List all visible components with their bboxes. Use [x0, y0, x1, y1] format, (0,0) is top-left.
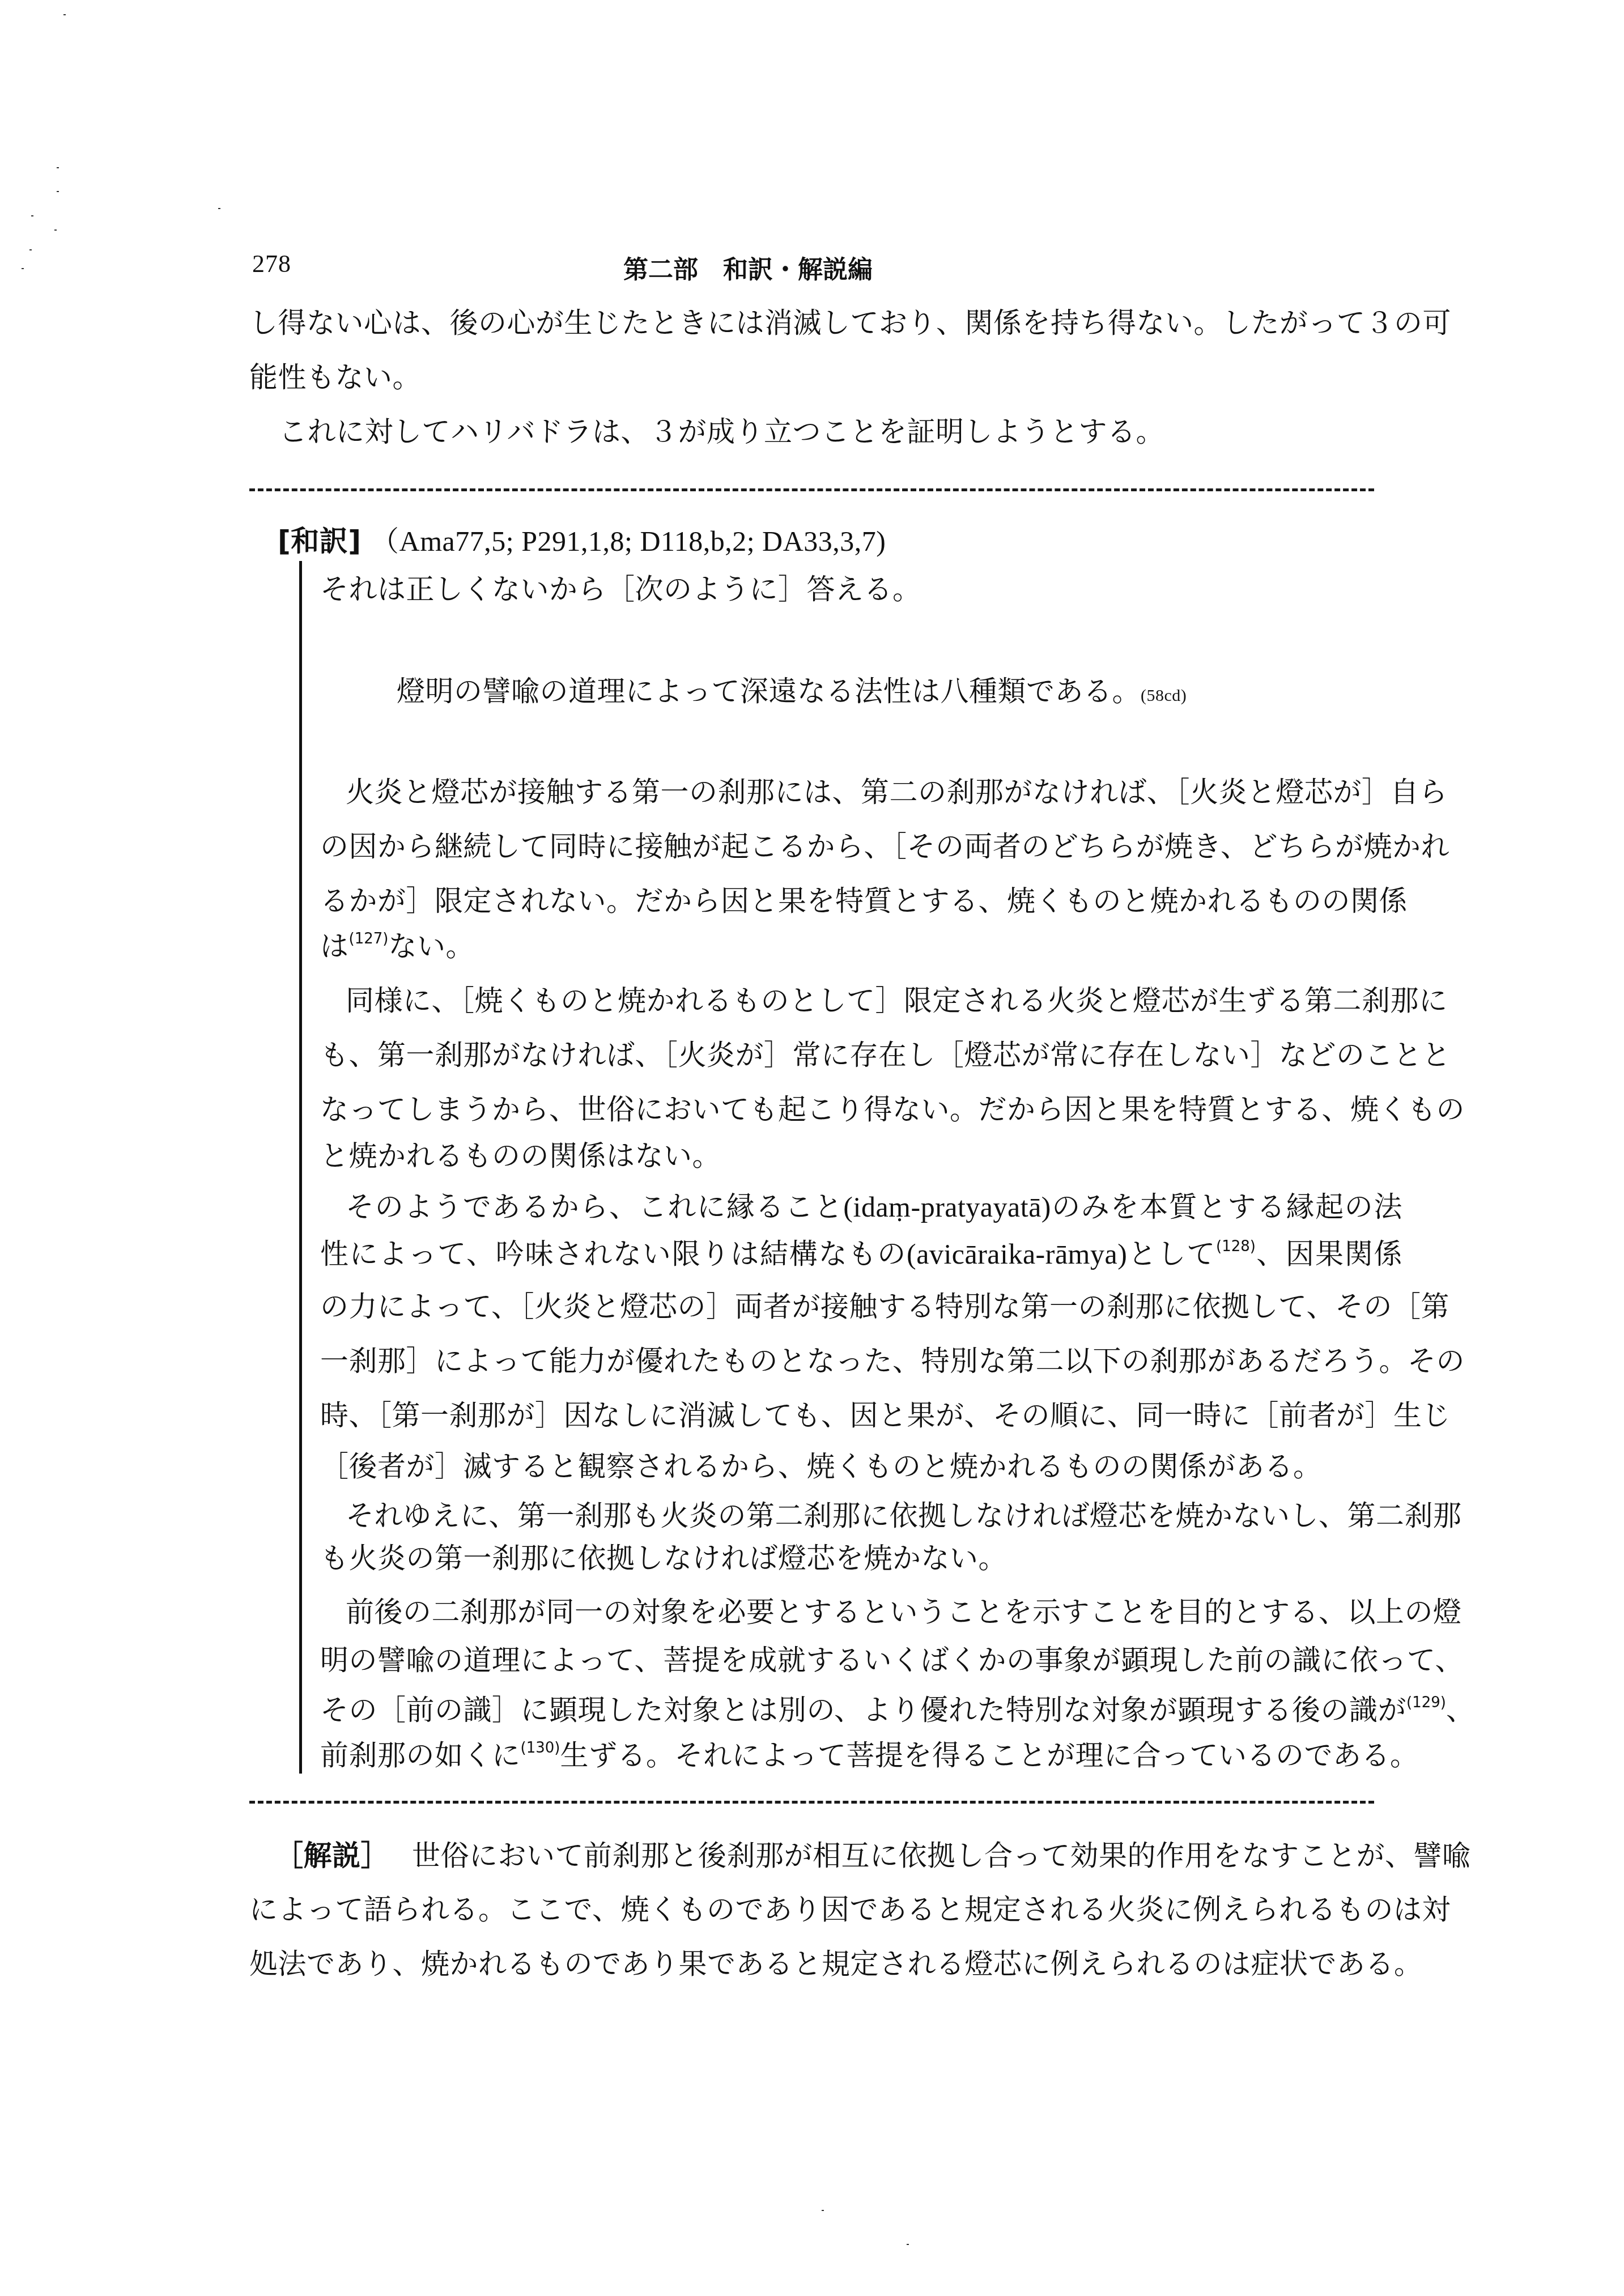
commentary-line-1: ［解説］世俗において前刹那と後刹那が相互に依拠し合って効果的作用をなすことが、譬… [275, 1839, 1371, 1873]
verse-text: 燈明の譬喩の道理によって深遠なる法性は八種類である。 [397, 675, 1141, 708]
p4-line-1: それゆえに、第一刹那も火炎の第二刹那に依拠しなければ燈芯を焼かないし、第二刹那 [320, 1499, 1402, 1533]
sanskrit-term-avicaraika-ramya: (avicāraika-rāmya) [907, 1238, 1127, 1270]
intro-line-3: これに対してハリバドラは、３が成り立つことを証明しようとする。 [279, 415, 1164, 449]
verse-citation: (58cd) [1141, 686, 1187, 705]
scan-speck [57, 191, 59, 192]
p1-line-4: は(127)ない。 [320, 929, 474, 963]
scan-speck [31, 215, 33, 216]
commentary-label: ［解説］ [275, 1839, 389, 1872]
translation-label: [和訳] [278, 525, 362, 558]
commentary-line-2: によって語られる。ここで、焼くものであり因であると規定される火炎に例えられるもの… [249, 1893, 1371, 1927]
translation-opening-line: それは正しくないから［次のように］答える。 [320, 572, 921, 606]
p3-line-4: 一刹那］によって能力が優れたものとなった、特別な第二以下の刹那があるだろう。その [320, 1344, 1402, 1378]
scan-speck [907, 2244, 909, 2245]
footnote-ref-128: (128) [1216, 1238, 1256, 1255]
scan-speck [822, 2210, 824, 2211]
intro-line-1: し得ない心は、後の心が生じたときには消滅しており、関係を持ち得ない。したがって３… [249, 306, 1371, 340]
p1-line-1: 火炎と燈芯が接触する第一の刹那には、第二の刹那がなければ、［火炎と燈芯が］自ら [320, 775, 1402, 809]
scan-speck [57, 167, 59, 168]
p3-line-2: 性によって、吟味されない限りは結構なもの(avicāraika-rāmya)とし… [320, 1237, 1402, 1271]
p3-line-1: そのようであるから、これに縁ること(idaṃ-pratyayatā)のみを本質と… [320, 1190, 1402, 1224]
translation-header: [和訳] （Ama77,5; P291,1,8; D118,b,2; DA33,… [278, 524, 886, 558]
scan-speck [29, 249, 32, 250]
footnote-ref-127: (127) [349, 930, 389, 947]
scan-speck [218, 208, 220, 209]
p5-line-1: 前後の二刹那が同一の対象を必要とするということを示すことを目的とする、以上の燈 [320, 1595, 1402, 1629]
scan-speck [63, 14, 66, 15]
intro-line-2: 能性もない。 [249, 360, 421, 394]
scan-speck [54, 229, 57, 231]
p3-line-6: ［後者が］滅すると観察されるから、焼くものと焼かれるものの関係がある。 [320, 1449, 1322, 1483]
p1-line-2: の因から継続して同時に接触が起こるから、［その両者のどちらが焼き、どちらが焼かれ [320, 830, 1402, 864]
commentary-line-3: 処法であり、焼かれるものであり果であると規定される燈芯に例えられるのは症状である… [249, 1947, 1423, 1981]
p5-line-4: 前刹那の如くに(130)生ずる。それによって菩提を得ることが理に合っているのであ… [320, 1738, 1418, 1772]
footnote-ref-130: (130) [521, 1740, 560, 1757]
p2-line-3: なってしまうから、世俗においても起こり得ない。だから因と果を特質とする、焼くもの [320, 1092, 1402, 1126]
sanskrit-term-idam-pratyayata: (idaṃ-pratyayatā) [843, 1191, 1051, 1223]
p5-line-3: その［前の識］に顕現した対象とは別の、より優れた特別な対象が顕現する後の識が(1… [320, 1693, 1402, 1727]
p5-line-2: 明の譬喩の道理によって、菩提を成就するいくばくかの事象が顕現した前の識に依って、 [320, 1643, 1402, 1677]
p3-line-5: 時、［第一刹那が］因なしに消滅しても、因と果が、その順に、同一時に［前者が］生じ [320, 1398, 1402, 1432]
source-reference: （Ama77,5; P291,1,8; D118,b,2; DA33,3,7) [371, 525, 886, 557]
p2-line-1: 同様に、［焼くものと焼かれるものとして］限定される火炎と燈芯が生ずる第二刹那に [320, 984, 1402, 1018]
translation-block-bar [299, 561, 302, 1774]
p1-line-3: るかが］限定されない。だから因と果を特質とする、焼くものと焼かれるものの関係 [320, 884, 1402, 918]
verse: 燈明の譬喩の道理によって深遠なる法性は八種類である。(58cd) [397, 674, 1187, 713]
scan-speck [22, 268, 24, 269]
footnote-ref-129: (129) [1406, 1694, 1446, 1711]
page-number: 278 [252, 249, 291, 278]
section-divider-top [249, 488, 1374, 491]
p4-line-2: も火炎の第一刹那に依拠しなければ燈芯を焼かない。 [320, 1541, 1007, 1575]
running-title: 第二部 和訳・解説編 [623, 249, 1133, 286]
p2-line-4: と焼かれるものの関係はない。 [320, 1139, 721, 1173]
p3-line-3: の力によって、［火炎と燈芯の］両者が接触する特別な第一の刹那に依拠して、その［第 [320, 1290, 1402, 1324]
p2-line-2: も、第一刹那がなければ、［火炎が］常に存在し［燈芯が常に存在しない］などのことと [320, 1038, 1402, 1072]
section-divider-bottom [249, 1801, 1374, 1804]
